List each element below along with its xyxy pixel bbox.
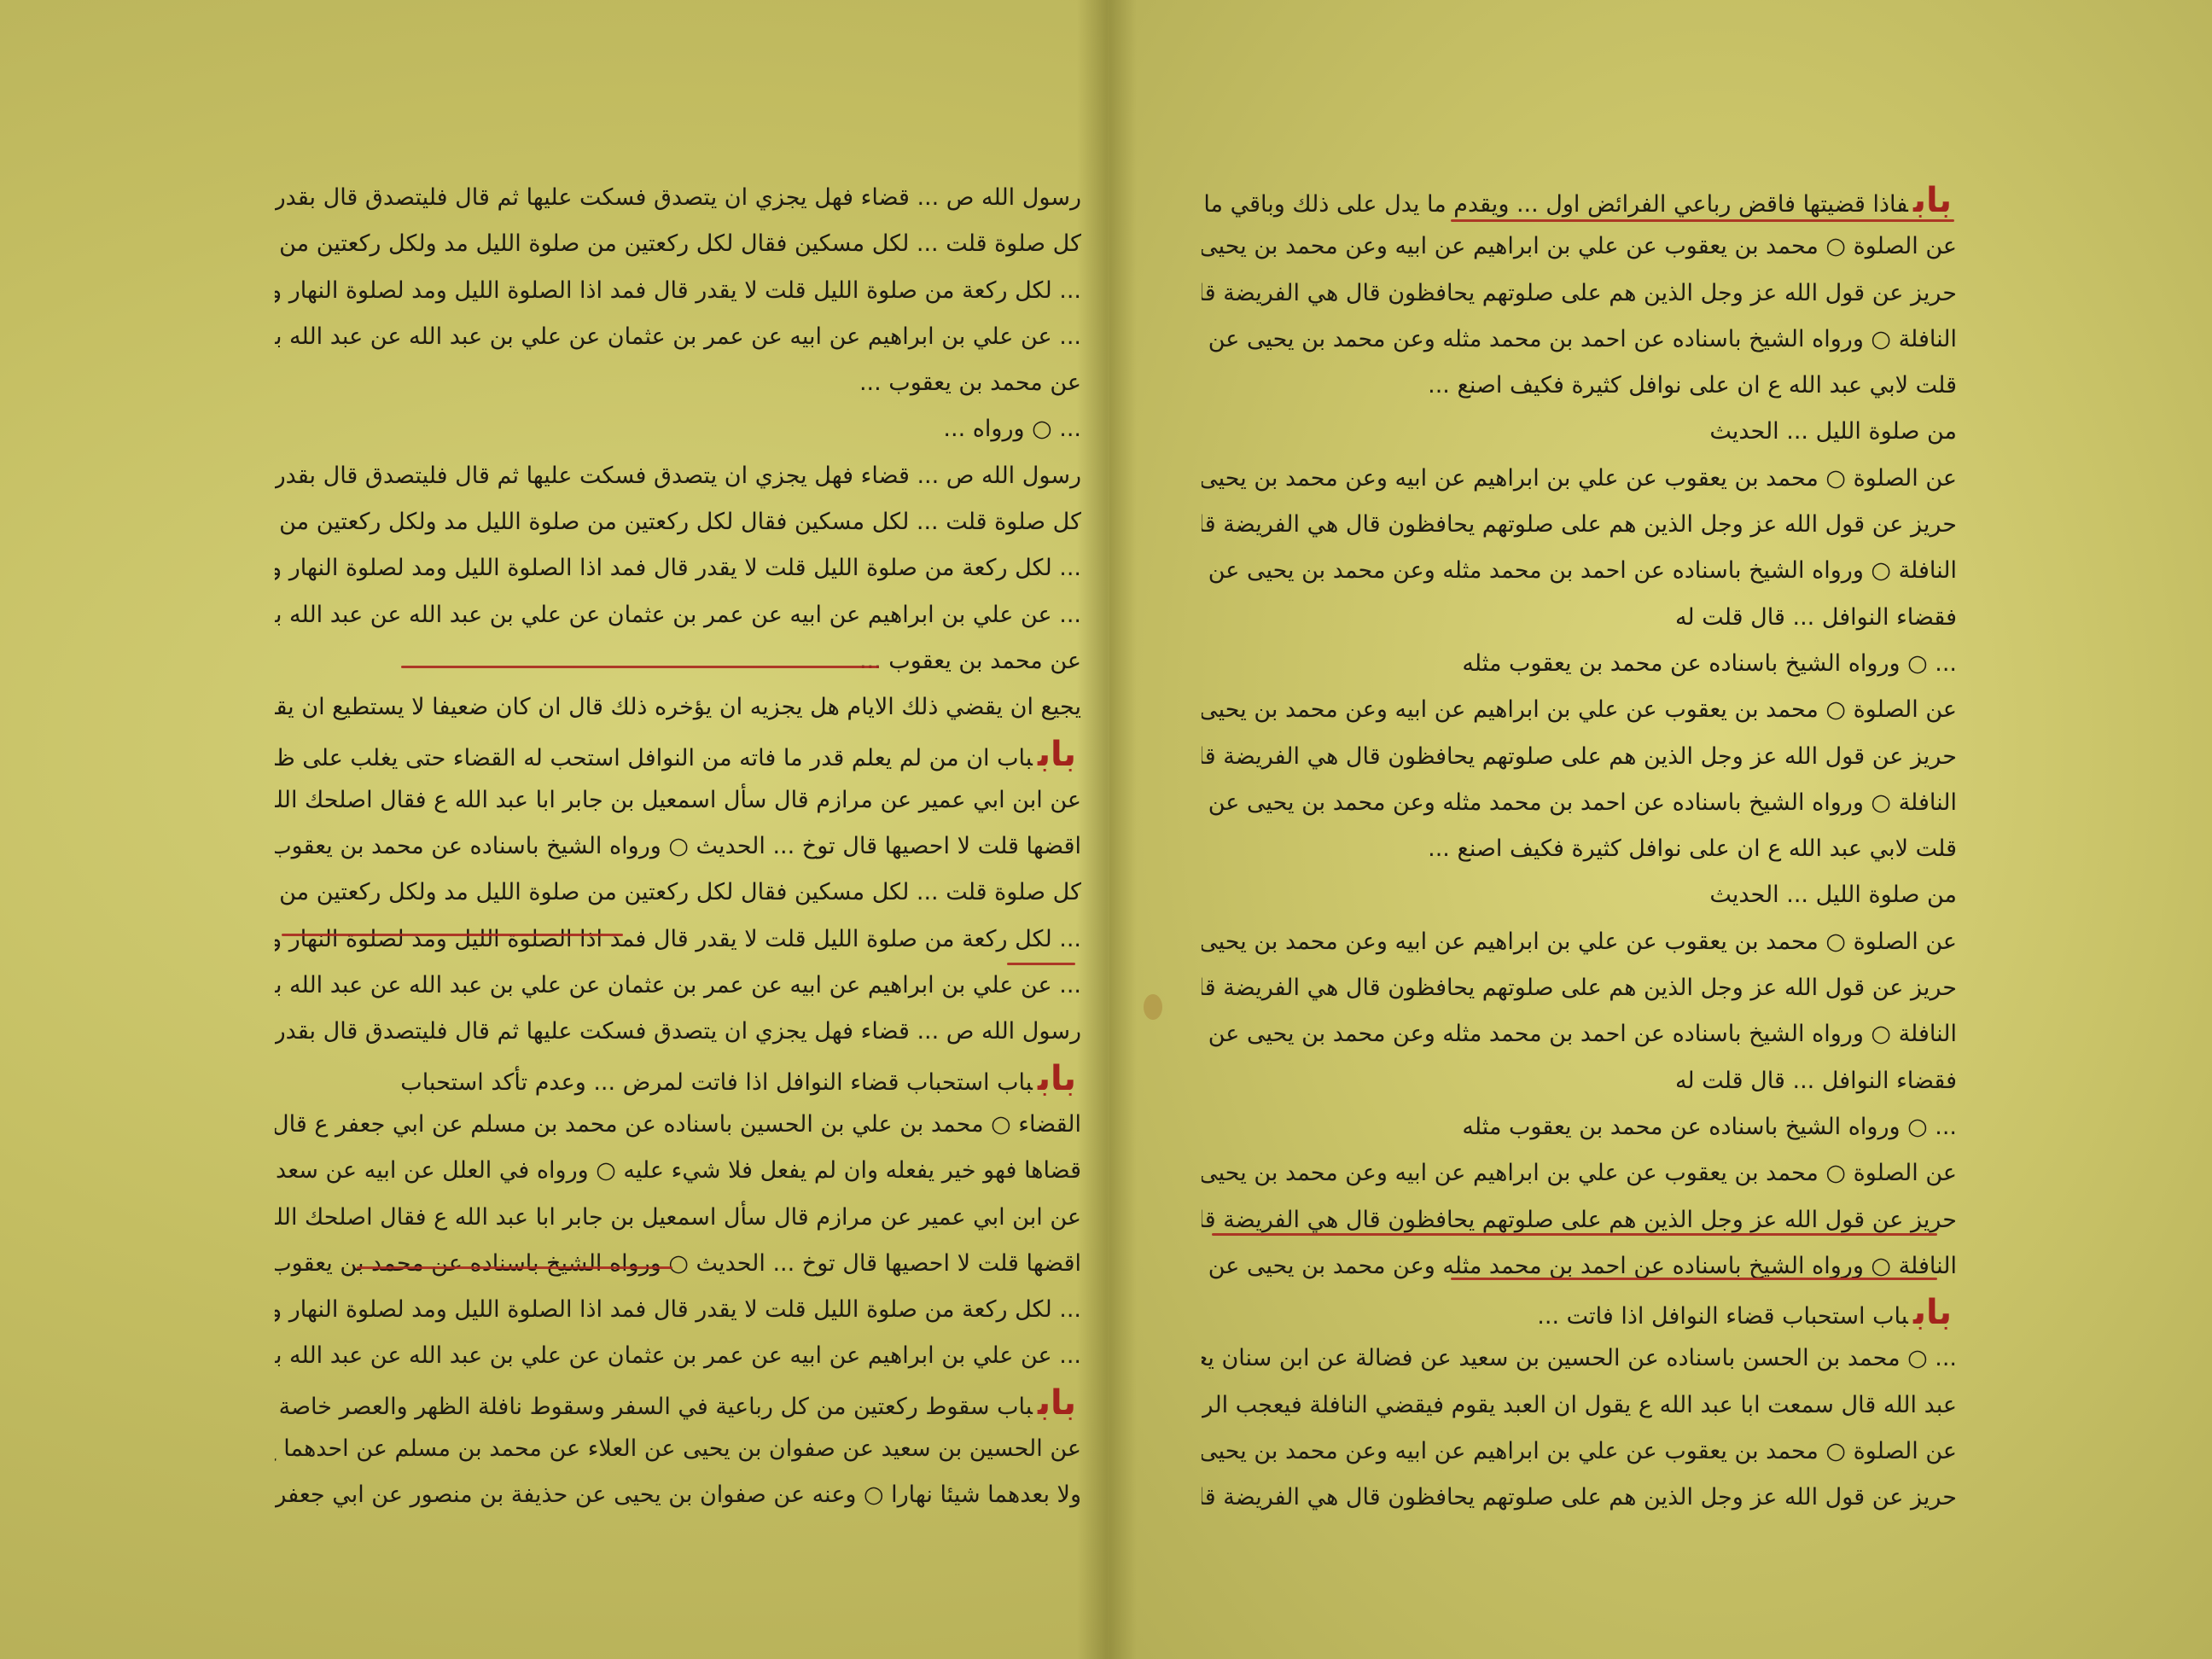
text-line: من صلوة الليل ... الحديث xyxy=(1202,409,1957,455)
text-line: ... ○ محمد بن الحسن باسناده عن الحسين بن… xyxy=(1202,1336,1957,1382)
text-line: ... ○ ورواه ... xyxy=(275,406,1081,452)
rubric-bab: باب xyxy=(1913,1293,1952,1332)
rubric-bab: باب xyxy=(1913,181,1952,220)
text-line: ... لكل ركعة من صلوة الليل قلت لا يقدر ق… xyxy=(275,1287,1081,1333)
text-line: رسول الله ص ... قضاء فهل يجزي ان يتصدق ف… xyxy=(275,1009,1081,1055)
text-line: القضاء ○ محمد بن علي بن الحسين باسناده ع… xyxy=(275,1102,1081,1148)
text-line: عن ابن ابي عمير عن مرازم قال سأل اسمعيل … xyxy=(275,1195,1081,1241)
text-line: ... ○ ورواه الشيخ باسناده عن محمد بن يعق… xyxy=(1202,1104,1957,1150)
text-line: كل صلوة قلت ... لكل مسكين فقال لكل ركعتي… xyxy=(275,870,1081,916)
text-line: قلت لابي عبد الله ع ان على نوافل كثيرة ف… xyxy=(1202,826,1957,872)
text-line: النافلة ○ ورواه الشيخ باسناده عن احمد بن… xyxy=(1202,317,1957,363)
manuscript-spread: رسول الله ص ... قضاء فهل يجزي ان يتصدق ف… xyxy=(0,0,2212,1659)
text-line: عن ابن ابي عمير عن مرازم قال سأل اسمعيل … xyxy=(275,777,1081,824)
red-rule xyxy=(1212,1233,1937,1236)
red-rule xyxy=(1451,219,1954,222)
ink-stain xyxy=(1144,994,1162,1020)
text-line: عن الصلوة ○ محمد بن يعقوب عن علي بن ابرا… xyxy=(1202,224,1957,270)
text-line: عن الصلوة ○ محمد بن يعقوب عن علي بن ابرا… xyxy=(1202,1429,1957,1475)
text-line: عن الحسين بن سعيد عن صفوان بن يحيى عن ال… xyxy=(275,1426,1081,1472)
text-line: النافلة ○ ورواه الشيخ باسناده عن احمد بن… xyxy=(1202,1011,1957,1057)
red-rule xyxy=(357,1266,672,1269)
rubric-bab: باب xyxy=(1038,1059,1076,1098)
red-rule xyxy=(1007,963,1075,965)
text-line: ... عن علي بن ابراهيم عن ابيه عن عمر بن … xyxy=(275,314,1081,360)
text-line: ... لكل ركعة من صلوة الليل قلت لا يقدر ق… xyxy=(275,268,1081,314)
text-line: عن الصلوة ○ محمد بن يعقوب عن علي بن ابرا… xyxy=(1202,919,1957,965)
text-line: عن الصلوة ○ محمد بن يعقوب عن علي بن ابرا… xyxy=(1202,456,1957,502)
text-line: قضاها فهو خير يفعله وان لم يفعل فلا شيء … xyxy=(275,1148,1081,1194)
text-line: النافلة ○ ورواه الشيخ باسناده عن احمد بن… xyxy=(1202,1243,1957,1289)
text-line: النافلة ○ ورواه الشيخ باسناده عن احمد بن… xyxy=(1202,548,1957,594)
text-line: عن الصلوة ○ محمد بن يعقوب عن علي بن ابرا… xyxy=(1202,1150,1957,1196)
left-page-text: رسول الله ص ... قضاء فهل يجزي ان يتصدق ف… xyxy=(275,175,1081,1519)
text-line: حريز عن قول الله عز وجل الذين هم على صلو… xyxy=(1202,271,1957,317)
text-line: النافلة ○ ورواه الشيخ باسناده عن احمد بن… xyxy=(1202,780,1957,826)
text-line: ... ○ ورواه الشيخ باسناده عن محمد بن يعق… xyxy=(1202,641,1957,687)
text-line: من صلوة الليل ... الحديث xyxy=(1202,872,1957,918)
section-heading-line: بابباب استحباب قضاء النوافل اذا فاتت ... xyxy=(1202,1289,1957,1336)
text-line: حريز عن قول الله عز وجل الذين هم على صلو… xyxy=(1202,1197,1957,1243)
text-line: ... لكل ركعة من صلوة الليل قلت لا يقدر ق… xyxy=(275,545,1081,591)
text-line: ولا بعدهما شيئا نهارا ○ وعنه عن صفوان بن… xyxy=(275,1472,1081,1518)
text-line: كل صلوة قلت ... لكل مسكين فقال لكل ركعتي… xyxy=(275,221,1081,267)
binding-gutter xyxy=(1077,0,1137,1659)
text-line: حريز عن قول الله عز وجل الذين هم على صلو… xyxy=(1202,1475,1957,1521)
rubric-bab: باب xyxy=(1038,735,1076,774)
text-line: عن محمد بن يعقوب ... xyxy=(275,638,1081,684)
section-heading-line: بابفاذا قضيتها فاقض رباعي الفرائض اول ..… xyxy=(1202,178,1957,224)
text-line: قلت لابي عبد الله ع ان على نوافل كثيرة ف… xyxy=(1202,363,1957,409)
red-rule xyxy=(401,666,879,668)
text-line: يجيع ان يقضي ذلك الايام هل يجزيه ان يؤخر… xyxy=(275,684,1081,731)
text-line: حريز عن قول الله عز وجل الذين هم على صلو… xyxy=(1202,502,1957,548)
text-line: ... عن علي بن ابراهيم عن ابيه عن عمر بن … xyxy=(275,963,1081,1009)
text-line: رسول الله ص ... قضاء فهل يجزي ان يتصدق ف… xyxy=(275,453,1081,499)
text-line: اقضها قلت لا احصيها قال توخ ... الحديث ○… xyxy=(275,824,1081,870)
section-heading-line: بابباب استحباب قضاء النوافل اذا فاتت لمر… xyxy=(275,1056,1081,1102)
text-line: رسول الله ص ... قضاء فهل يجزي ان يتصدق ف… xyxy=(275,175,1081,221)
text-line: ... لكل ركعة من صلوة الليل قلت لا يقدر ق… xyxy=(275,917,1081,963)
text-line: عن محمد بن يعقوب ... xyxy=(275,360,1081,406)
text-line: كل صلوة قلت ... لكل مسكين فقال لكل ركعتي… xyxy=(275,499,1081,545)
text-line: ... عن علي بن ابراهيم عن ابيه عن عمر بن … xyxy=(275,1333,1081,1379)
text-line: عبد الله قال سمعت ابا عبد الله ع يقول ان… xyxy=(1202,1382,1957,1429)
right-page-text: بابفاذا قضيتها فاقض رباعي الفرائض اول ..… xyxy=(1202,178,1957,1522)
text-line: ... عن علي بن ابراهيم عن ابيه عن عمر بن … xyxy=(275,592,1081,638)
red-rule xyxy=(282,934,623,936)
text-line: حريز عن قول الله عز وجل الذين هم على صلو… xyxy=(1202,965,1957,1011)
text-line: عن الصلوة ○ محمد بن يعقوب عن علي بن ابرا… xyxy=(1202,687,1957,733)
text-line: فقضاء النوافل ... قال قلت له xyxy=(1202,1058,1957,1104)
section-heading-line: بابباب سقوط ركعتين من كل رباعية في السفر… xyxy=(275,1380,1081,1426)
red-rule xyxy=(1451,1278,1937,1280)
text-line: حريز عن قول الله عز وجل الذين هم على صلو… xyxy=(1202,734,1957,780)
text-line: فقضاء النوافل ... قال قلت له xyxy=(1202,595,1957,641)
section-heading-line: بابباب ان من لم يعلم قدر ما فاته من النو… xyxy=(275,731,1081,777)
text-line: اقضها قلت لا احصيها قال توخ ... الحديث ○… xyxy=(275,1241,1081,1287)
rubric-bab: باب xyxy=(1038,1383,1076,1423)
